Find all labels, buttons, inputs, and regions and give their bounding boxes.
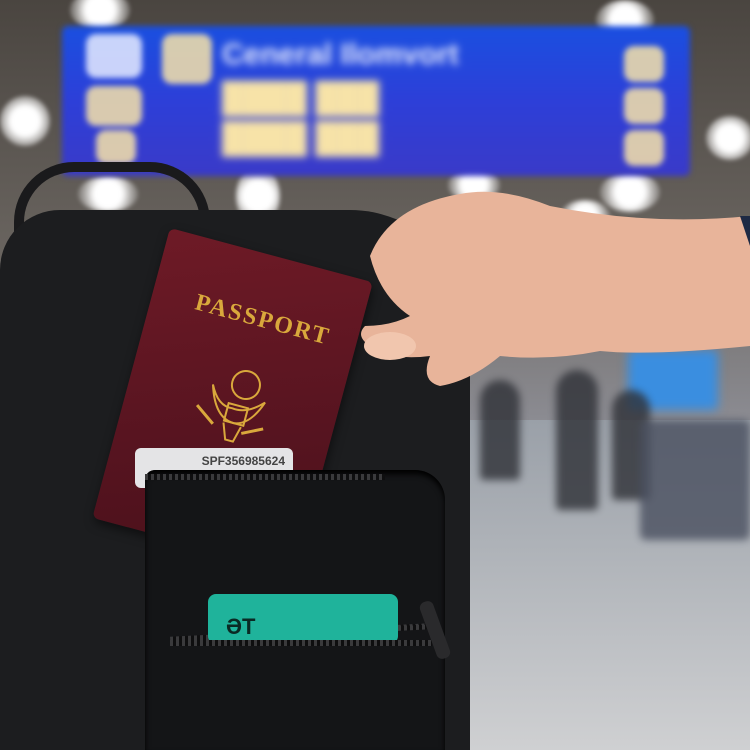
ceiling-light xyxy=(706,116,750,160)
pocket-zipper xyxy=(170,640,432,646)
traveler xyxy=(480,380,520,480)
board-heading: Ceneral Ilomvort xyxy=(222,38,459,72)
board-row: ████ ███ xyxy=(222,122,379,156)
teal-card[interactable]: ƏT xyxy=(208,594,398,644)
ceiling-light xyxy=(0,96,50,146)
eagle-seal-icon xyxy=(178,350,288,460)
traveler xyxy=(556,370,598,510)
seating-row xyxy=(640,420,750,540)
passport-title: PASSPORT xyxy=(192,290,333,352)
pocket-zipper xyxy=(145,474,385,480)
departure-board: Ceneral Ilomvort ████ ███ ████ ███ xyxy=(62,26,690,176)
hand xyxy=(350,186,750,386)
card-logo: ƏT xyxy=(226,614,255,640)
board-row: ████ ███ xyxy=(222,82,379,116)
ticket-code: SPF356985624 xyxy=(202,454,285,468)
